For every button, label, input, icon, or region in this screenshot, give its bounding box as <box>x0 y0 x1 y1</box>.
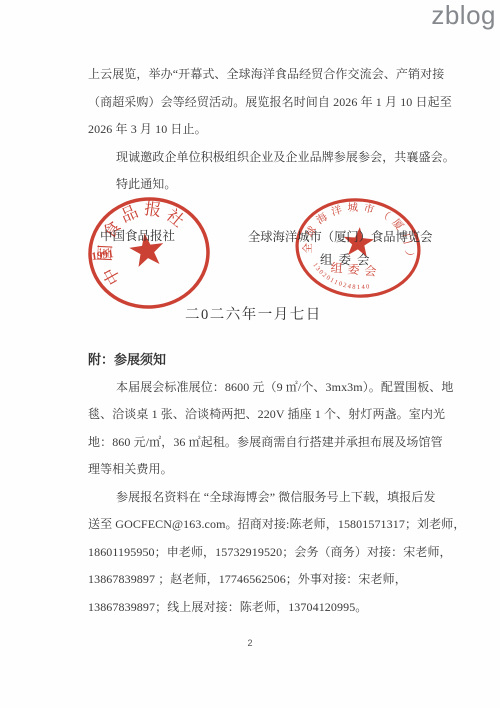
signature-left-org: 中国食品报社 <box>100 226 175 244</box>
text-line: （商超采购）会等经贸活动。展览报名时间自 2026 年 1 月 10 日起至 <box>88 89 436 117</box>
text-line: 2026 年 3 月 10 日止。 <box>88 116 436 144</box>
attachment-contact-paragraph: 参展报名资料在 “全球海博会” 微信服务号上下载，填报后发送至 GOCFECN@… <box>88 484 436 622</box>
document-page: zblog 上云展览，举办“开幕式、全球海洋食品经贸合作交流会、产销对接（商超采… <box>0 0 500 708</box>
left-seal-stamp: 中国食品报社 1991 <box>86 196 212 310</box>
zblog-watermark: zblog <box>431 0 496 31</box>
text-line: 现诚邀政企单位积极组织企业及企业品牌参展参会，共襄盛会。 <box>88 144 436 172</box>
page-number: 2 <box>0 638 500 648</box>
text-line: 特此通知。 <box>88 171 436 199</box>
signature-right-org-line2: 组委会 <box>320 250 376 268</box>
notice-body: 上云展览，举办“开幕式、全球海洋食品经贸合作交流会、产销对接（商超采购）会等经贸… <box>88 61 436 199</box>
text-line: 送至 GOCFECN@163.com。招商对接:陈老师，15801571317；… <box>88 511 436 539</box>
paragraph-continued: 上云展览，举办“开幕式、全球海洋食品经贸合作交流会、产销对接（商超采购）会等经贸… <box>88 61 436 144</box>
text-line: 本届展会标准展位：8600 元（9 ㎡/个、3mx3m）。配置围板、地 <box>88 374 436 402</box>
text-line: 13867839897 ；赵老师，17746562506；外事对接：宋老师， <box>88 566 436 594</box>
text-line: 理等相关费用。 <box>88 456 436 484</box>
text-line: 毯、洽谈桌 1 张、洽谈椅两把、220V 插座 1 个、射灯两盏。室内光 <box>88 401 436 429</box>
attachment-title: 附：参展须知 <box>88 346 436 374</box>
signature-right-org: 全球海洋城市（厦门）食品博览会 <box>248 227 432 245</box>
attachment-section: 附：参展须知 本届展会标准展位：8600 元（9 ㎡/个、3mx3m）。配置围板… <box>88 346 436 621</box>
text-line: 地：860 元/㎡，36 ㎡起租。参展商需自行搭建并承担布展及场馆管 <box>88 429 436 457</box>
attachment-booth-paragraph: 本届展会标准展位：8600 元（9 ㎡/个、3mx3m）。配置围板、地毯、洽谈桌… <box>88 374 436 484</box>
paragraph-invitation: 现诚邀政企单位积极组织企业及企业品牌参展参会，共襄盛会。 <box>88 144 436 172</box>
text-line: 上云展览，举办“开幕式、全球海洋食品经贸合作交流会、产销对接 <box>88 61 436 89</box>
text-line: 参展报名资料在 “全球海博会” 微信服务号上下载，填报后发 <box>88 484 436 512</box>
paragraph-notice: 特此通知。 <box>88 171 436 199</box>
text-line: 13867839897；线上展对接：陈老师，13704120995。 <box>88 594 436 622</box>
signature-date: 二0二六年一月七日 <box>185 303 322 324</box>
text-line: 18601195950；申老师，15732919520；会务（商务）对接：宋老师… <box>88 539 436 567</box>
